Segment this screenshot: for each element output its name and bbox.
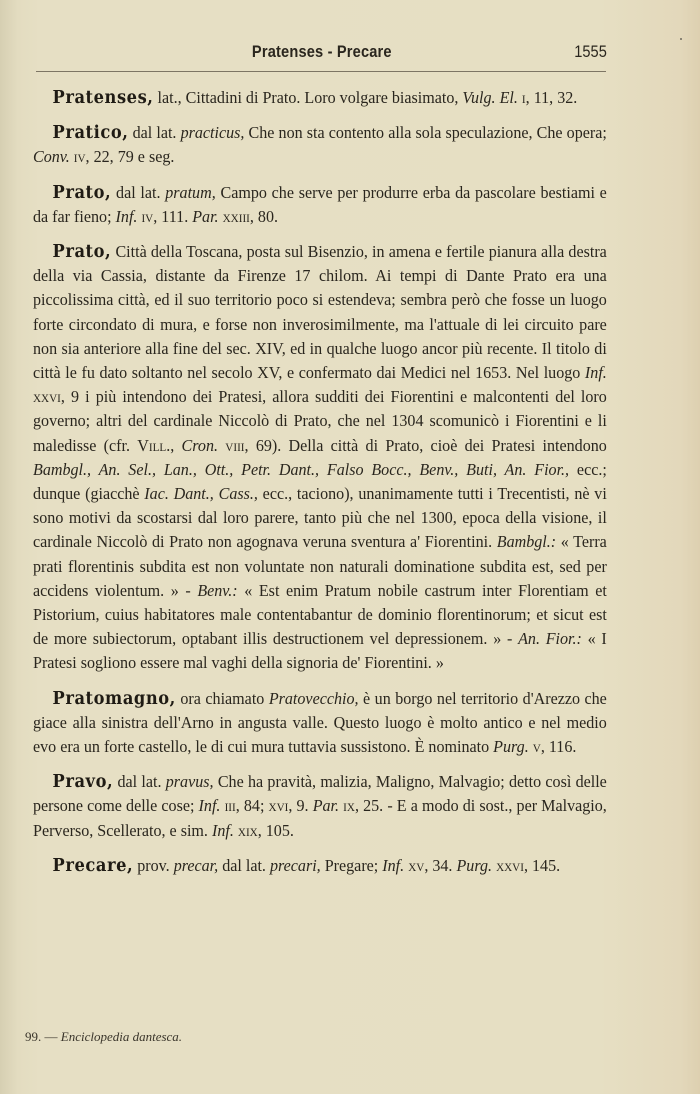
dictionary-entry: Pratico, dal lat. practicus, Che non sta… [33,121,607,169]
signature-mark: 99. [25,1029,41,1044]
paper-speck [680,38,682,40]
citation-italic: Inf. [116,207,138,226]
citation-italic: Iac. Dant., Cass., [144,484,258,503]
roman-numeral: iii [225,796,236,815]
text-run: dal lat. [113,772,166,791]
text-run: , [170,436,181,455]
text-run: , 105. [258,821,294,840]
citation-italic: An. Fior.: [518,629,582,648]
citation-italic: precar, [174,856,218,875]
text-run: , 11, 32. [526,88,578,107]
citation-italic: Purg. [456,856,492,875]
dictionary-entry: Pravo, dal lat. pravus, Che ha pravità, … [33,770,607,843]
headword: Pratomagno, [53,689,176,709]
dictionary-entry: Prato, Città della Toscana, posta sul Bi… [33,240,607,676]
citation-italic: pravus, [166,772,214,791]
citation-italic: Purg. [493,737,529,756]
text-run: lat., Cittadini di Prato. Loro volgare b… [154,88,463,107]
text-run: , 22, 79 e seg. [86,147,175,166]
citation-italic: Inf. [382,856,404,875]
roman-numeral: xxvi [33,387,61,406]
citation-italic: Benv.: [197,581,237,600]
entry-text: lat., Cittadini di Prato. Loro volgare b… [154,88,578,107]
headword: Precare, [53,856,134,876]
text-run: , 116. [541,737,577,756]
citation-italic: Bambgl.: [497,532,556,551]
dictionary-body: Pratenses, lat., Cittadini di Prato. Lor… [33,86,607,889]
text-run: dal lat. [128,123,180,142]
headword: Pratenses, [53,88,154,108]
citation-italic: practicus, [181,123,245,142]
text-run: ora chiamato [176,689,269,708]
signature-footer: 99. — Enciclopedia dantesca. [25,1029,182,1045]
dictionary-entry: Pratomagno, ora chiamato Pratovecchio, è… [33,687,607,760]
running-title: Pratenses - Precare [75,42,569,62]
header-rule [36,71,606,72]
text-run: , 145. [524,856,560,875]
roman-numeral: xvi [269,796,289,815]
citation-italic: Inf. [585,363,607,382]
headword: Pravo, [53,772,114,792]
roman-numeral: xix [238,821,258,840]
roman-numeral: Vill. [137,436,170,455]
text-run: Che non sta contento alla sola speculazi… [244,123,606,142]
dictionary-entry: Prato, dal lat. pratum, Campo che serve … [33,181,607,229]
citation-italic: Inf. [199,796,221,815]
text-run: , 80. [250,207,278,226]
citation-italic: Par. [313,796,339,815]
page-number: 1555 [574,42,607,62]
roman-numeral: xxvi [496,856,524,875]
citation-italic: Vulg. El. [462,88,518,107]
roman-numeral: xxiii [223,207,250,226]
signature-dash: — [41,1029,61,1044]
text-run: prov. [133,856,173,875]
roman-numeral: xv [408,856,424,875]
headword: Prato, [53,242,112,262]
headword: Prato, [53,183,112,203]
text-run: , 34. [424,856,456,875]
roman-numeral: ix [343,796,355,815]
roman-numeral: v [533,737,541,756]
citation-italic: pratum, [165,183,215,202]
text-run: dal lat. [218,856,270,875]
entry-text: Città della Toscana, posta sul Bisenzio,… [33,242,607,672]
roman-numeral: viii [225,436,244,455]
text-run: dal lat. [111,183,165,202]
entry-text: dal lat. pravus, Che ha pravità, malizia… [33,772,607,839]
text-run: Città della Toscana, posta sul Bisenzio,… [33,242,607,382]
citation-italic: Pratovecchio, [269,689,359,708]
text-run: Pregare; [321,856,383,875]
dictionary-entry: Pratenses, lat., Cittadini di Prato. Lor… [33,86,607,110]
dictionary-entry: Precare, prov. precar, dal lat. precari,… [33,854,607,878]
roman-numeral: iv [74,147,86,166]
signature-title: Enciclopedia dantesca. [61,1029,182,1044]
entry-text: dal lat. pratum, Campo che serve per pro… [33,183,607,226]
text-run: , 111. [153,207,192,226]
text-run: , 9. [288,796,312,815]
text-run: , 84; [236,796,269,815]
citation-italic: Cron. [182,436,218,455]
headword: Pratico, [53,123,129,143]
roman-numeral: iv [141,207,153,226]
running-header: Pratenses - Precare 1555 [33,42,607,66]
citation-italic: Par. [192,207,218,226]
citation-italic: Conv. [33,147,70,166]
citation-italic: Bambgl., An. Sel., Lan., Ott., Petr. Dan… [33,460,569,479]
citation-italic: precari, [270,856,321,875]
text-run [218,436,225,455]
text-run: , 69). Della città di Prato, cioè dei Pr… [245,436,607,455]
citation-italic: Inf. [212,821,234,840]
entry-text: prov. precar, dal lat. precari, Pregare;… [133,856,560,875]
